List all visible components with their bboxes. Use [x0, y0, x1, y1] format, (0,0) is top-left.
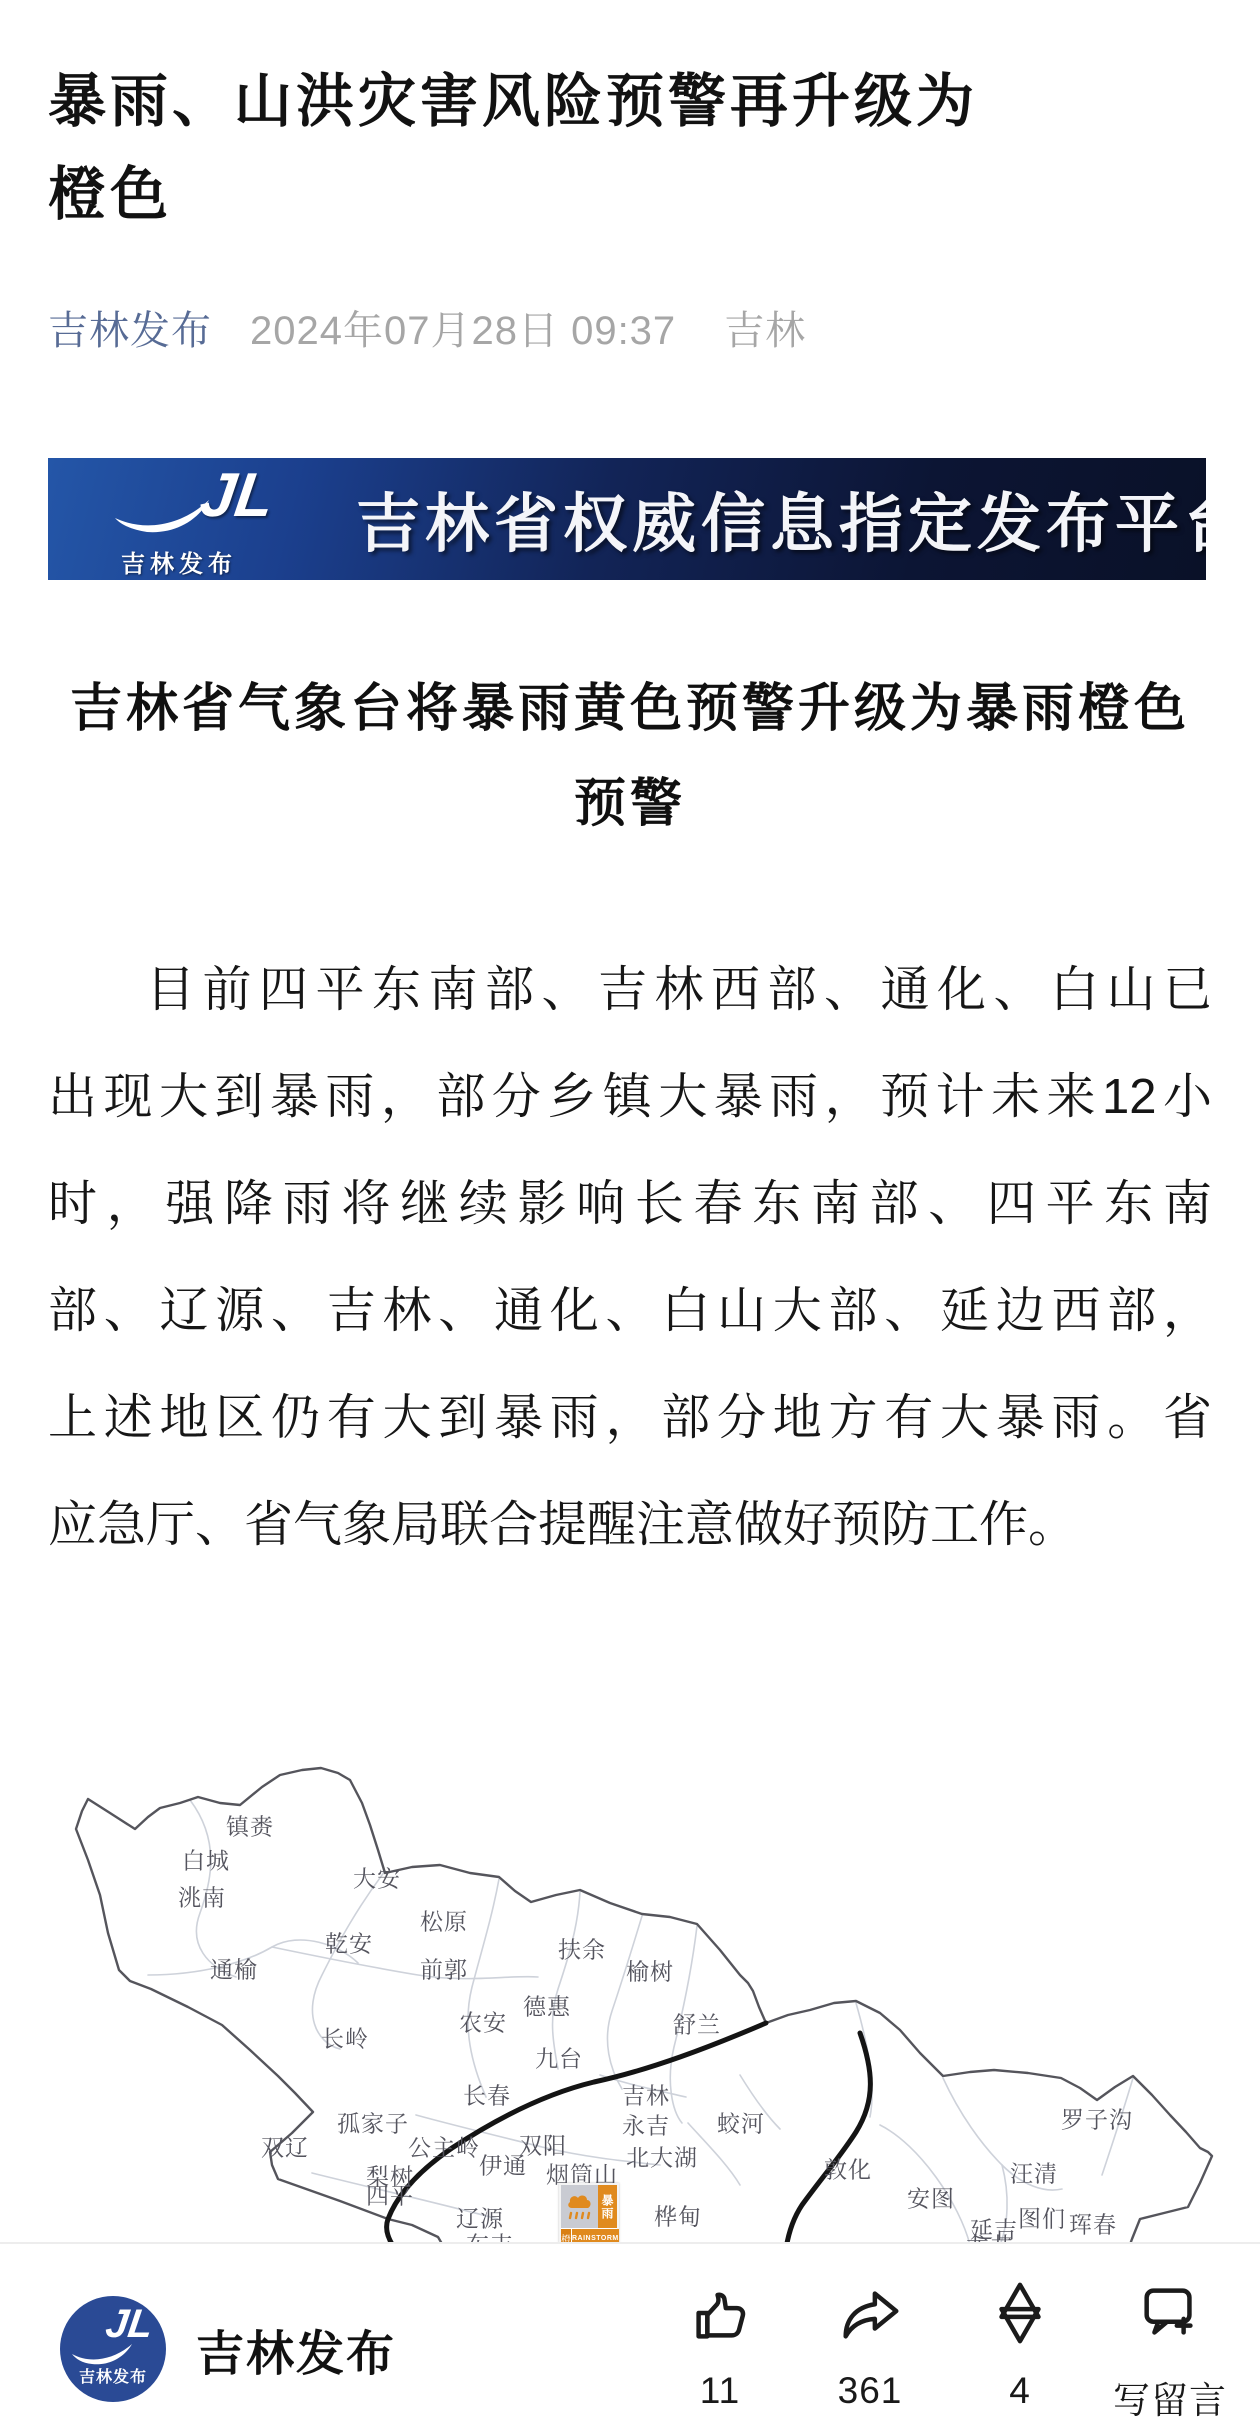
weather-map-image[interactable]: 镇赉白城洮南大安松原乾安通榆前郭扶余榆树德惠农安舒兰长岭九台长春吉林孤家子永吉蛟… [40, 1645, 1260, 2247]
comment-label: 写留言 [1113, 2370, 1227, 2424]
map-label: 公主岭 [408, 2130, 480, 2163]
map-label: 乾安 [325, 1926, 373, 1959]
map-label: 德惠 [523, 1989, 571, 2022]
map-label: 双辽 [261, 2130, 309, 2163]
map-label: 大安 [353, 1861, 401, 1894]
map-label: 农安 [459, 2005, 507, 2038]
map-label: 孤家子 [337, 2106, 409, 2139]
article-content: 暴雨、山洪灾害风险预警再升级为橙色 吉林发布 2024年07月28日 09:37… [0, 0, 1260, 2247]
map-label: 伊通 [479, 2148, 527, 2181]
jl-logo-mark: JL [103, 2302, 156, 2347]
map-label: 珲春 [1069, 2207, 1117, 2240]
jl-logo-mark: JL [196, 460, 278, 531]
map-label: 白城 [182, 1843, 230, 1876]
map-label: 通榆 [210, 1952, 258, 1985]
map-label: 前郭 [420, 1952, 468, 1985]
account-avatar[interactable]: JL 吉林发布 [60, 2296, 166, 2402]
article-page: 暴雨、山洪灾害风险预警再升级为橙色 吉林发布 2024年07月28日 09:37… [0, 0, 1260, 2424]
wow-count: 4 [1009, 2370, 1031, 2412]
body-line: 目前四平东南部、吉林西部、通化、白山已 [48, 937, 1212, 1044]
account-row[interactable]: JL 吉林发布 吉林发布 [60, 2296, 396, 2402]
map-label: 九台 [535, 2041, 583, 2074]
map-label: 吉林 [622, 2078, 670, 2111]
map-label: 舒兰 [673, 2007, 721, 2040]
body-line: 应急厅、省气象局联合提醒注意做好预防工作。 [48, 1472, 1212, 1579]
rain-cloud-icon [561, 2185, 598, 2228]
comment-bubble-icon [1135, 2278, 1205, 2348]
rainstorm-warning-badge: 暴雨 橙 RAINSTORM [559, 2183, 619, 2247]
map-label: 四平 [366, 2178, 414, 2211]
share-count: 361 [838, 2370, 903, 2412]
body-line: 部、辽源、吉林、通化、白山大部、延边西部， [48, 1258, 1212, 1365]
action-bar: 11 361 4 写留言 [645, 2278, 1245, 2424]
map-label: 长春 [463, 2078, 511, 2111]
article-subheading: 吉林省气象台将暴雨黄色预警升级为暴雨橙色预警 [55, 662, 1205, 852]
thumbs-up-icon [685, 2278, 755, 2348]
byline: 吉林发布 2024年07月28日 09:37 吉林 [48, 299, 1212, 356]
article-body: 目前四平东南部、吉林西部、通化、白山已 出现大到暴雨，部分乡镇大暴雨，预计未来1… [48, 937, 1212, 1579]
map-label: 长岭 [321, 2021, 369, 2054]
banner-logo: JL 吉林发布 [103, 458, 338, 580]
map-label: 蛟河 [717, 2106, 765, 2139]
map-label: 罗子沟 [1061, 2102, 1133, 2135]
like-count: 11 [700, 2370, 740, 2412]
body-line: 时，强降雨将继续影响长春东南部、四平东南 [48, 1151, 1212, 1258]
wow-star-icon [985, 2278, 1055, 2348]
author-link[interactable]: 吉林发布 [48, 299, 212, 356]
map-label: 敦化 [824, 2152, 872, 2185]
map-label: 镇赉 [226, 1809, 274, 1842]
map-label: 安图 [907, 2181, 955, 2214]
body-line: 上述地区仍有大到暴雨，部分地方有大暴雨。省 [48, 1365, 1212, 1472]
account-name: 吉林发布 [196, 2315, 396, 2384]
map-label: 汪清 [1010, 2156, 1058, 2189]
publish-date: 2024年07月28日 09:37 [250, 299, 676, 356]
map-label: 扶余 [558, 1932, 606, 1965]
like-button[interactable]: 11 [645, 2278, 795, 2424]
map-label: 松原 [420, 1904, 468, 1937]
map-label: 北大湖 [626, 2140, 698, 2173]
map-label: 图们 [1018, 2201, 1066, 2234]
share-button[interactable]: 361 [795, 2278, 945, 2424]
badge-title: 暴雨 [598, 2185, 617, 2228]
bottom-bar: JL 吉林发布 吉林发布 11 361 [0, 2242, 1260, 2424]
map-label: 洮南 [178, 1880, 226, 1913]
share-arrow-icon [835, 2278, 905, 2348]
wow-button[interactable]: 4 [945, 2278, 1095, 2424]
banner-slogan: 吉林省权威信息指定发布平台 [356, 473, 1206, 565]
comment-button[interactable]: 写留言 [1095, 2278, 1245, 2424]
avatar-logo-text: 吉林发布 [60, 2364, 166, 2387]
map-label: 榆树 [626, 1954, 674, 1987]
publish-location: 吉林 [724, 299, 806, 356]
map-label: 桦甸 [654, 2199, 702, 2232]
body-line: 出现大到暴雨，部分乡镇大暴雨，预计未来12小 [48, 1044, 1212, 1151]
article-title: 暴雨、山洪灾害风险预警再升级为橙色 [48, 55, 1023, 241]
banner-logo-text: 吉林发布 [121, 544, 237, 579]
map-label: 永吉 [622, 2108, 670, 2141]
banner-image[interactable]: JL 吉林发布 吉林省权威信息指定发布平台 [48, 458, 1206, 580]
